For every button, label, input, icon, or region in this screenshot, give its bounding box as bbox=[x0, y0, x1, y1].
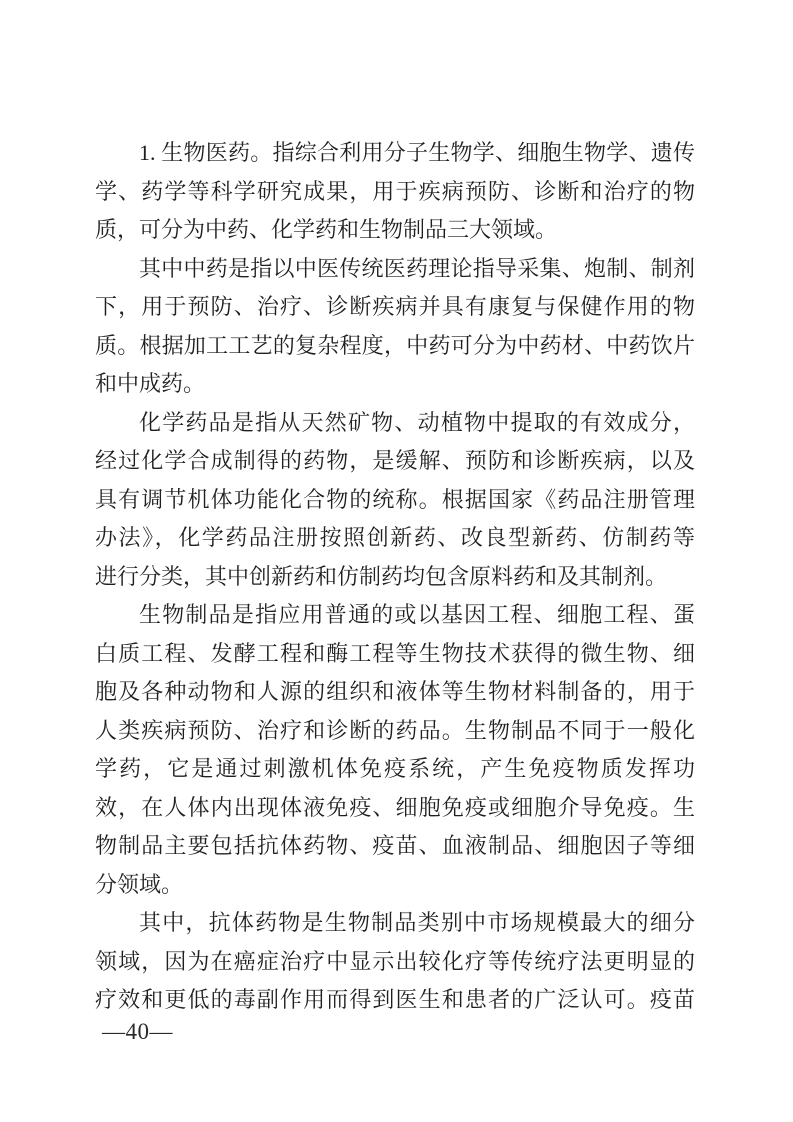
text-line: 学药，它是通过刺激机体免疫系统，产生免疫物质发挥功 bbox=[95, 750, 695, 789]
text-line: 生物制品是指应用普通的或以基因工程、细胞工程、蛋 bbox=[95, 596, 695, 635]
text-line: 下，用于预防、治疗、诊断疾病并具有康复与保健作用的物 bbox=[95, 288, 695, 327]
text-line: 物制品主要包括抗体药物、疫苗、血液制品、细胞因子等细 bbox=[95, 827, 695, 866]
text-line: 效，在人体内出现体液免疫、细胞免疫或细胞介导免疫。生 bbox=[95, 789, 695, 828]
text-line: 其中，抗体药物是生物制品类别中市场规模最大的细分 bbox=[95, 904, 695, 943]
text-line: 化学药品是指从天然矿物、动植物中提取的有效成分， bbox=[95, 404, 695, 443]
text-line: 经过化学合成制得的药物，是缓解、预防和诊断疾病，以及 bbox=[95, 442, 695, 481]
text-line: 白质工程、发酵工程和酶工程等生物技术获得的微生物、细 bbox=[95, 635, 695, 674]
text-line: 质，可分为中药、化学药和生物制品三大领域。 bbox=[95, 211, 695, 250]
text-line: 胞及各种动物和人源的组织和液体等生物材料制备的，用于 bbox=[95, 673, 695, 712]
paragraph: 其中，抗体药物是生物制品类别中市场规模最大的细分领域，因为在癌症治疗中显示出较化… bbox=[95, 904, 695, 1020]
text-line: 领域，因为在癌症治疗中显示出较化疗等传统疗法更明显的 bbox=[95, 943, 695, 982]
text-line: 1. 生物医药。指综合利用分子生物学、细胞生物学、遗传 bbox=[95, 134, 695, 173]
text-line: 分领域。 bbox=[95, 866, 695, 905]
text-line: 办法》，化学药品注册按照创新药、改良型新药、仿制药等 bbox=[95, 519, 695, 558]
text-line: 疗效和更低的毒副作用而得到医生和患者的广泛认可。疫苗 bbox=[95, 981, 695, 1020]
text-line: 其中中药是指以中医传统医药理论指导采集、炮制、制剂 bbox=[95, 250, 695, 289]
document-body: 1. 生物医药。指综合利用分子生物学、细胞生物学、遗传学、药学等科学研究成果，用… bbox=[95, 134, 695, 1020]
text-line: 和中成药。 bbox=[95, 365, 695, 404]
text-line: 学、药学等科学研究成果，用于疾病预防、诊断和治疗的物 bbox=[95, 173, 695, 212]
text-line: 人类疾病预防、治疗和诊断的药品。生物制品不同于一般化 bbox=[95, 712, 695, 751]
text-line: 进行分类，其中创新药和仿制药均包含原料药和及其制剂。 bbox=[95, 558, 695, 597]
paragraph: 生物制品是指应用普通的或以基因工程、细胞工程、蛋白质工程、发酵工程和酶工程等生物… bbox=[95, 596, 695, 904]
text-line: 具有调节机体功能化合物的统称。根据国家《药品注册管理 bbox=[95, 481, 695, 520]
text-line: 质。根据加工工艺的复杂程度，中药可分为中药材、中药饮片 bbox=[95, 327, 695, 366]
page-number: —40— bbox=[102, 1017, 173, 1047]
paragraph: 其中中药是指以中医传统医药理论指导采集、炮制、制剂下，用于预防、治疗、诊断疾病并… bbox=[95, 250, 695, 404]
document-page: 1. 生物医药。指综合利用分子生物学、细胞生物学、遗传学、药学等科学研究成果，用… bbox=[0, 0, 793, 1122]
paragraph: 化学药品是指从天然矿物、动植物中提取的有效成分，经过化学合成制得的药物，是缓解、… bbox=[95, 404, 695, 597]
paragraph: 1. 生物医药。指综合利用分子生物学、细胞生物学、遗传学、药学等科学研究成果，用… bbox=[95, 134, 695, 250]
